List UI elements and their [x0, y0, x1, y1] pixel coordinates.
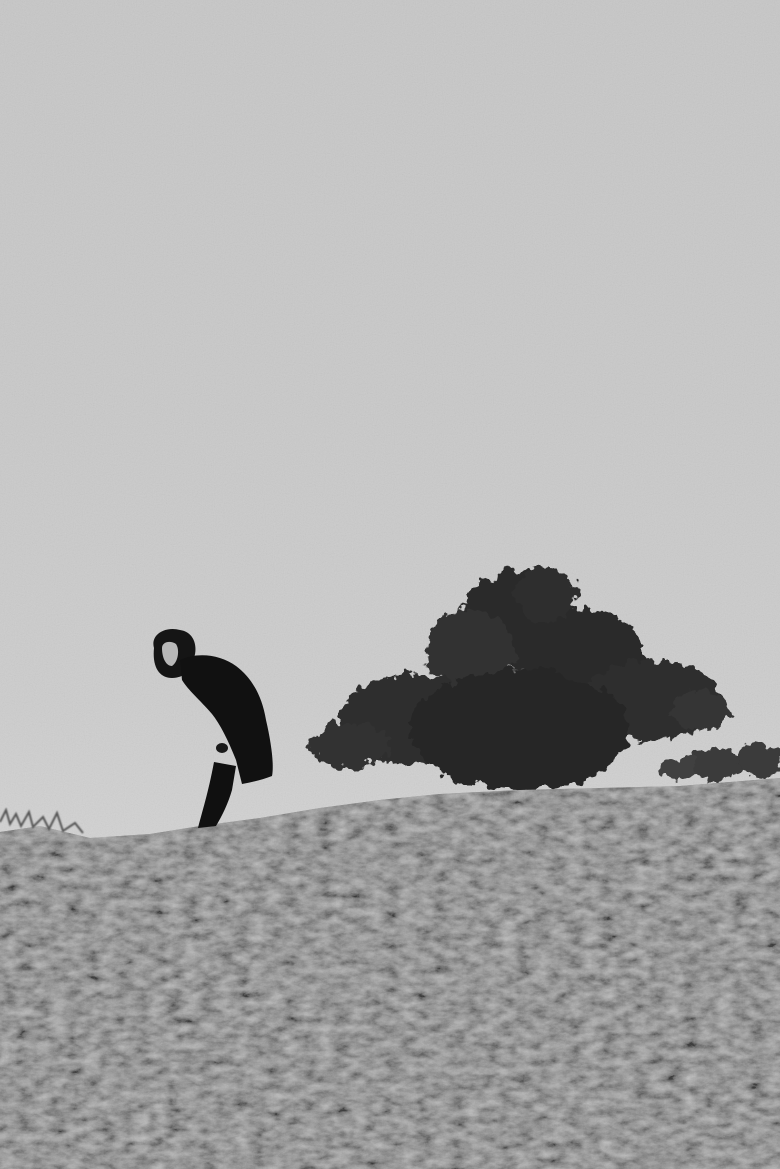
photo-canvas [0, 0, 780, 1169]
photo-scene [0, 0, 780, 1169]
